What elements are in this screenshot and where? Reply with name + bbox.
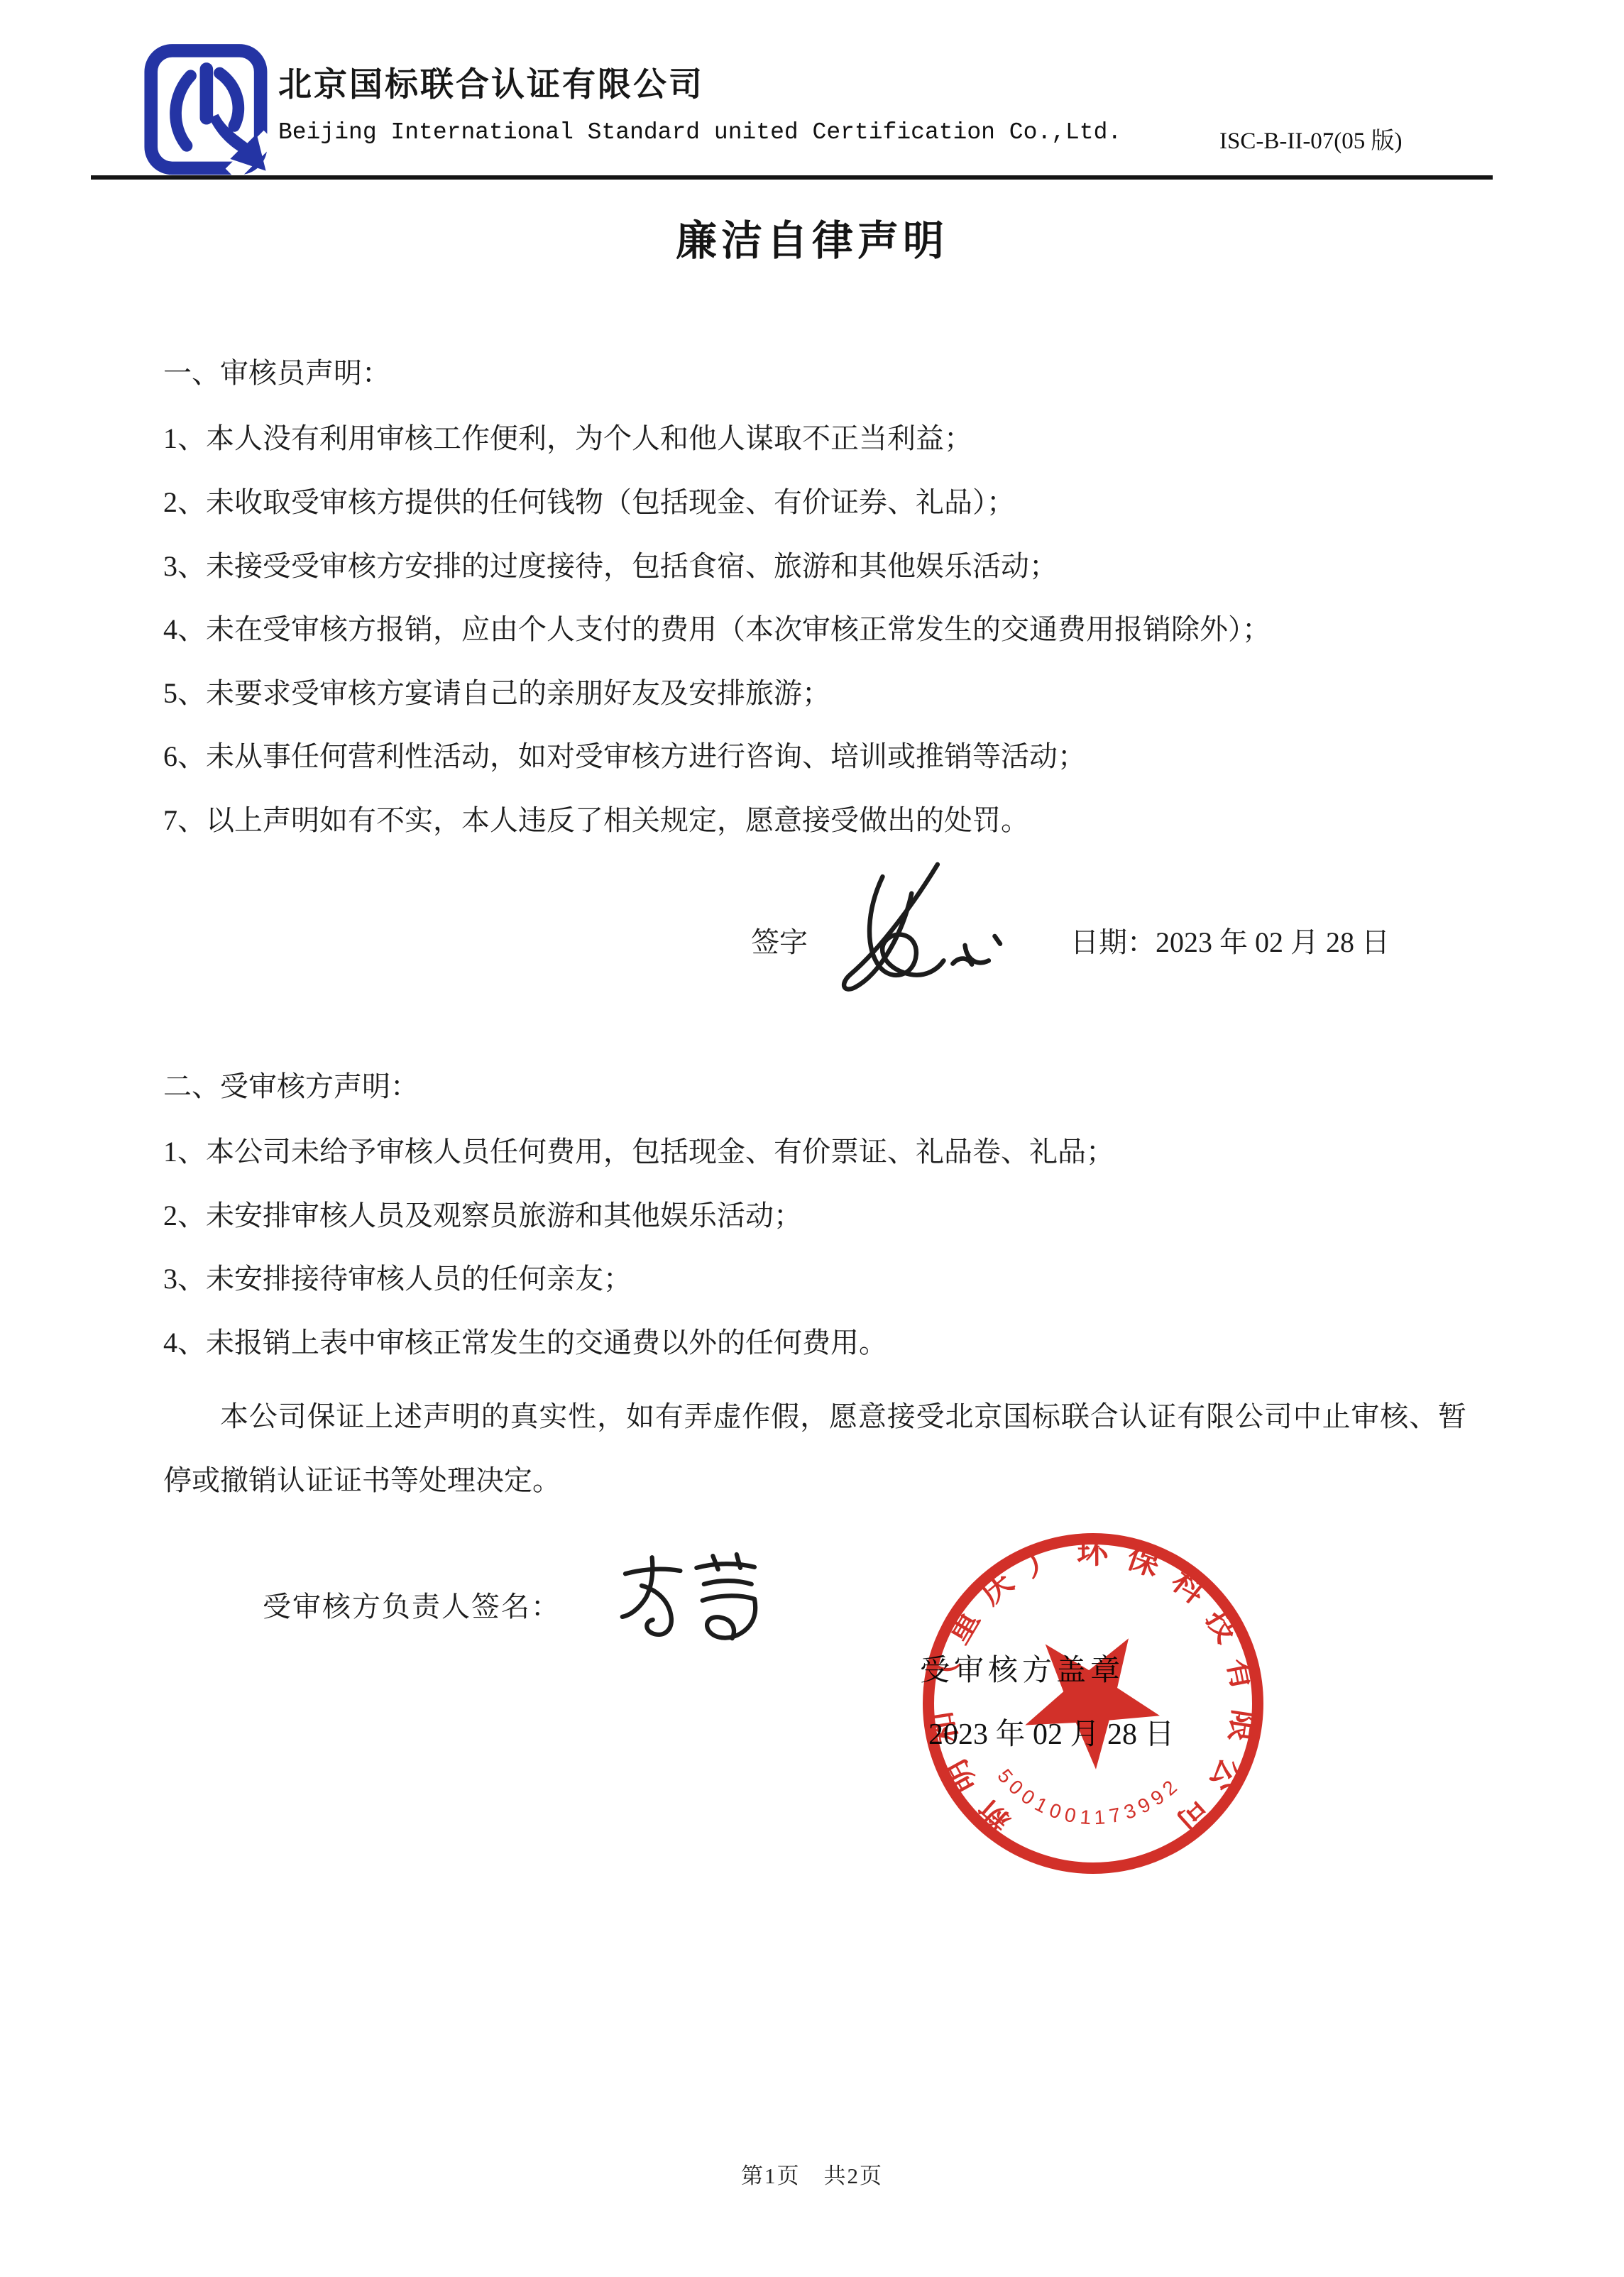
auditor-sign-date: 日期：2023 年 02 月 28 日 xyxy=(1070,920,1390,960)
auditor-signature-label: 签字 xyxy=(751,920,808,960)
stamp-star-icon xyxy=(1019,1637,1163,1774)
document-page: 北京国标联合认证有限公司 Beijing International Stand… xyxy=(0,0,1624,2277)
declaration-item: 3、未安排接待审核人员的任何亲友； xyxy=(163,1261,1483,1297)
declaration-item: 3、未接受受审核方安排的过度接待，包括食宿、旅游和其他娱乐活动； xyxy=(163,548,1483,585)
declaration-item: 1、本公司未给予审核人员任何费用，包括现金、有价票证、礼品卷、礼品； xyxy=(163,1134,1483,1170)
declaration-item: 2、未收取受审核方提供的任何钱物（包括现金、有价证券、礼品）； xyxy=(163,484,1483,521)
section2-heading: 二、受审核方声明： xyxy=(163,1068,1483,1105)
stamp-serial: 5001001173992 xyxy=(993,1765,1181,1828)
company-logo xyxy=(139,41,271,180)
auditor-signature xyxy=(806,855,1011,1008)
company-name-cn: 北京国标联合认证有限公司 xyxy=(278,58,704,106)
logo-right-arc xyxy=(219,73,238,126)
declaration-item: 1、本人没有利用审核工作便利，为个人和他人谋取不正当利益； xyxy=(163,420,1483,457)
header-rule xyxy=(91,175,1493,180)
declaration-item: 4、未在受审核方报销，应由个人支付的费用（本次审核正常发生的交通费用报销除外）； xyxy=(163,611,1483,648)
section1-heading: 一、审核员声明： xyxy=(163,355,1483,392)
auditee-signer-label: 受审核方负责人签名： xyxy=(263,1584,561,1625)
declaration-item: 6、未从事任何营利性活动，如对受审核方进行咨询、培训或推销等活动； xyxy=(163,738,1483,775)
declaration-item: 2、未安排审核人员及观察员旅游和其他娱乐活动； xyxy=(163,1197,1483,1234)
declaration-item: 4、未报销上表中审核正常发生的交通费以外的任何费用。 xyxy=(163,1324,1483,1361)
declaration-item: 5、未要求受审核方宴请自己的亲朋好友及安排旅游； xyxy=(163,675,1483,712)
closing-paragraph: 本公司保证上述声明的真实性，如有弄虚作假，愿意接受北京国标联合认证有限公司中止审… xyxy=(163,1385,1466,1513)
declaration-item: 7、以上声明如有不实，本人违反了相关规定，愿意接受做出的处罚。 xyxy=(163,802,1483,839)
company-stamp: 新明和（重庆）环保科技有限公司 5001001173992 xyxy=(912,1522,1274,1884)
auditee-signature xyxy=(609,1546,772,1659)
doc-code: ISC-B-II-07(05 版) xyxy=(1219,122,1403,155)
page-footer: 第1页 共2页 xyxy=(0,2158,1624,2190)
page-title: 廉洁自律声明 xyxy=(0,207,1624,267)
company-name-en: Beijing International Standard united Ce… xyxy=(278,119,1121,146)
logo-left-arc xyxy=(176,76,191,146)
